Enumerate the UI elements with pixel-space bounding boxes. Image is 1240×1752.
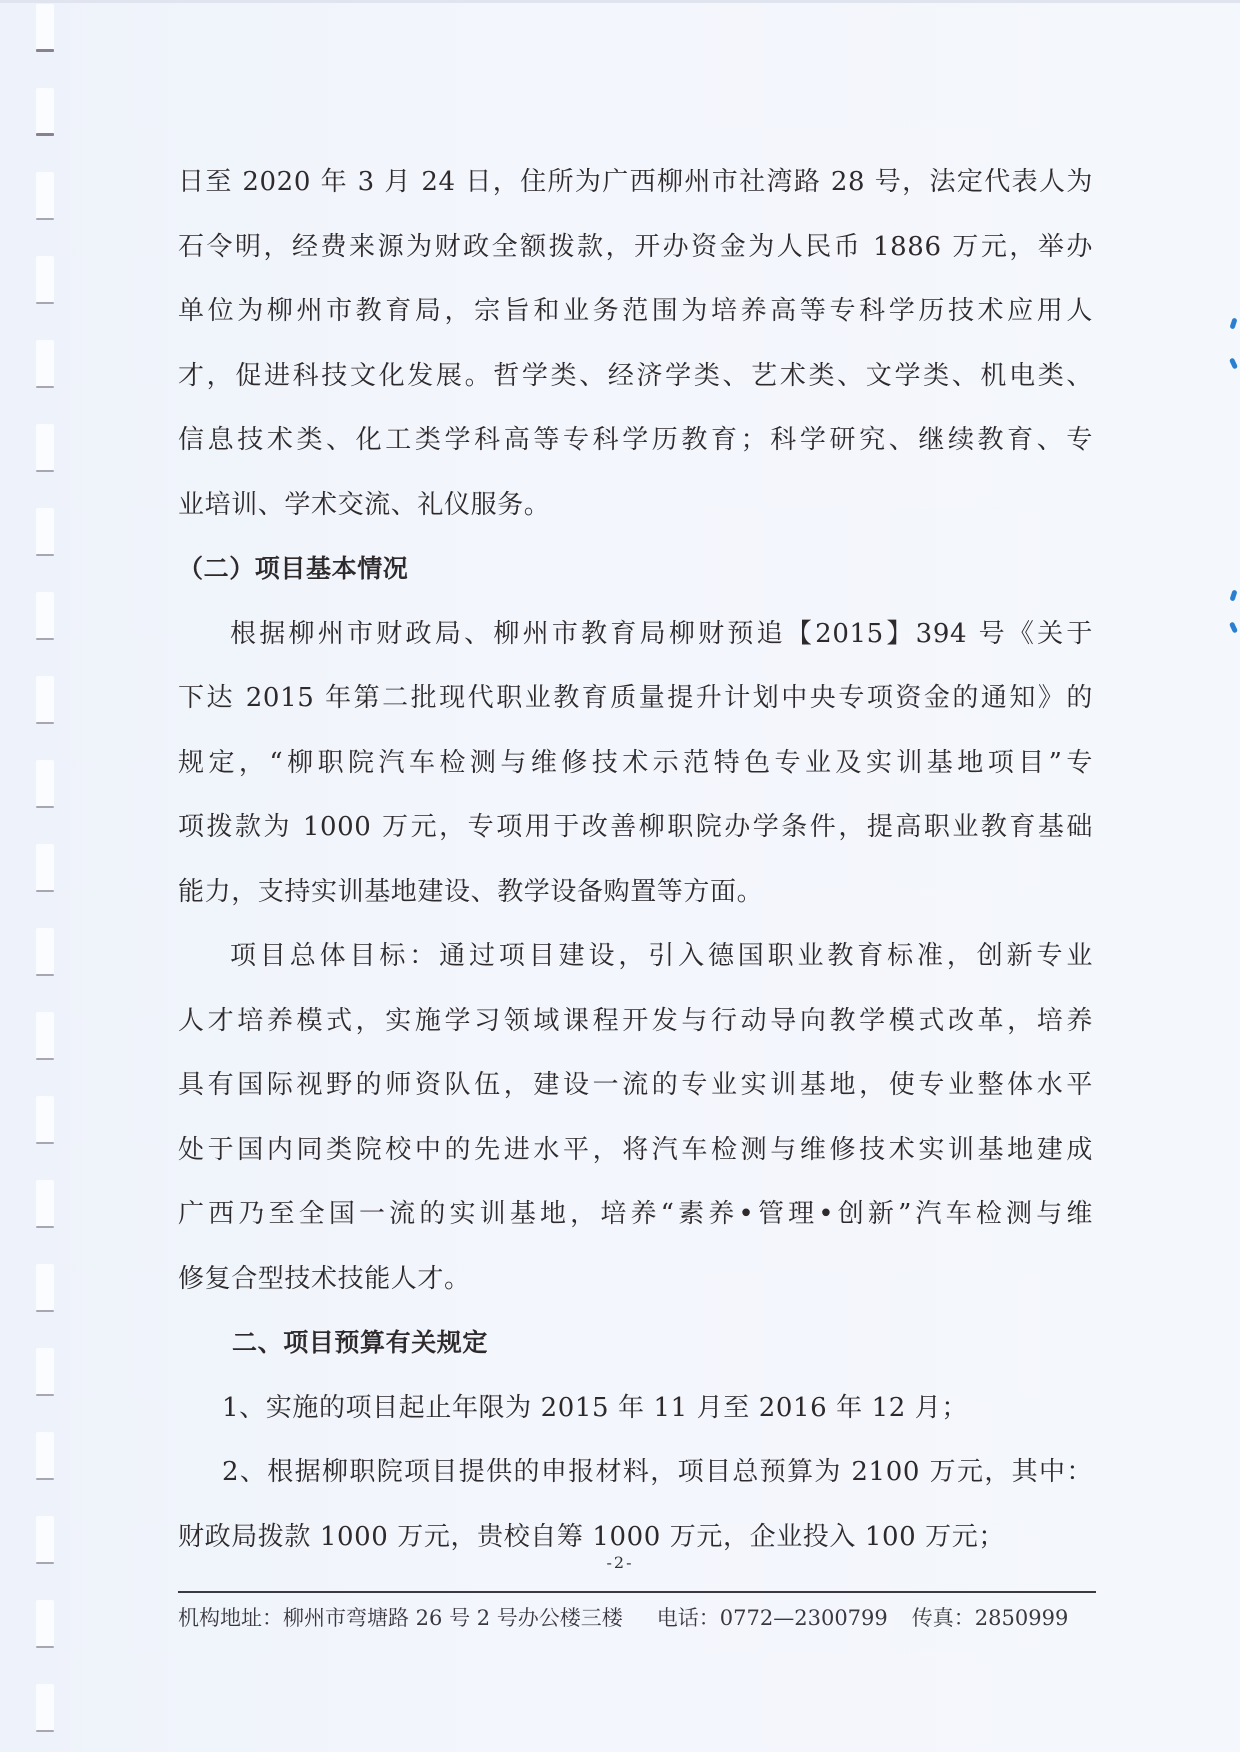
- binding-hole: [36, 4, 54, 52]
- seal-fragment-mark: [1229, 317, 1237, 329]
- binding-hole: [36, 928, 54, 976]
- binding-hole: [36, 1432, 54, 1480]
- paragraph-project-funding: 根据柳州市财政局、柳州市教育局柳财预追【2015】394 号《关于 下达 201…: [178, 602, 1093, 925]
- section-heading-budget-rules: 二、项目预算有关规定: [178, 1311, 1093, 1376]
- binding-hole: [36, 256, 54, 304]
- section-heading-project-basics: （二）项目基本情况: [178, 537, 1093, 602]
- text-line: 项目总体目标：通过项目建设，引入德国职业教育标准，创新专业: [178, 924, 1093, 989]
- text-line: 日至 2020 年 3 月 24 日，住所为广西柳州市社湾路 28 号，法定代表…: [178, 150, 1093, 215]
- binding-hole: [36, 1096, 54, 1144]
- binding-hole: [36, 1684, 54, 1732]
- footer-address: 机构地址：柳州市弯塘路 26 号 2 号办公楼三楼: [178, 1602, 623, 1634]
- binding-hole: [36, 1012, 54, 1060]
- text-line: 石令明，经费来源为财政全额拨款，开办资金为人民币 1886 万元，举办: [178, 215, 1093, 280]
- text-line: 才，促进科技文化发展。哲学类、经济学类、艺术类、文学类、机电类、: [178, 344, 1093, 409]
- binding-hole: [36, 508, 54, 556]
- list-item-total-budget: 2、根据柳职院项目提供的申报材料，项目总预算为 2100 万元，其中： 财政局拨…: [178, 1440, 1093, 1569]
- text-line: 具有国际视野的师资队伍，建设一流的专业实训基地，使专业整体水平: [178, 1053, 1093, 1118]
- binding-holes: [36, 0, 58, 1752]
- binding-hole: [36, 760, 54, 808]
- list-item-project-period: 1、实施的项目起止年限为 2015 年 11 月至 2016 年 12 月；: [178, 1376, 1093, 1441]
- binding-hole: [36, 592, 54, 640]
- seal-fragment-mark: [1229, 621, 1238, 633]
- binding-hole: [36, 1264, 54, 1312]
- text-line: 信息技术类、化工类学科高等专科学历教育；科学研究、继续教育、专: [178, 408, 1093, 473]
- text-line: 业培训、学术交流、礼仪服务。: [178, 473, 1093, 538]
- text-line: 广西乃至全国一流的实训基地，培养“素养•管理•创新”汽车检测与维: [178, 1182, 1093, 1247]
- binding-hole: [36, 1180, 54, 1228]
- text-line: 项拨款为 1000 万元，专项用于改善柳职院办学条件，提高职业教育基础: [178, 795, 1093, 860]
- footer-phone: 电话：0772—2300799: [657, 1602, 888, 1634]
- text-line: 修复合型技术技能人才。: [178, 1247, 1093, 1312]
- text-line: 人才培养模式，实施学习领域课程开发与行动导向教学模式改革，培养: [178, 989, 1093, 1054]
- binding-hole: [36, 340, 54, 388]
- footer-contact-info: 机构地址：柳州市弯塘路 26 号 2 号办公楼三楼 电话：0772—230079…: [178, 1602, 1096, 1634]
- text-line: 能力，支持实训基地建设、教学设备购置等方面。: [178, 860, 1093, 925]
- binding-hole: [36, 676, 54, 724]
- paragraph-project-goals: 项目总体目标：通过项目建设，引入德国职业教育标准，创新专业 人才培养模式，实施学…: [178, 924, 1093, 1311]
- binding-hole: [36, 844, 54, 892]
- paragraph-organization-info: 日至 2020 年 3 月 24 日，住所为广西柳州市社湾路 28 号，法定代表…: [178, 150, 1093, 537]
- binding-hole: [36, 172, 54, 220]
- text-line: 处于国内同类院校中的先进水平，将汽车检测与维修技术实训基地建成: [178, 1118, 1093, 1183]
- binding-hole: [36, 424, 54, 472]
- text-line: 下达 2015 年第二批现代职业教育质量提升计划中央专项资金的通知》的: [178, 666, 1093, 731]
- text-line: 规定，“柳职院汽车检测与维修技术示范特色专业及实训基地项目”专: [178, 731, 1093, 796]
- binding-hole: [36, 1348, 54, 1396]
- page-top-edge: [0, 0, 1240, 3]
- seal-fragment-mark: [1229, 357, 1238, 369]
- footer-fax: 传真：2850999: [912, 1602, 1069, 1634]
- seal-fragment-mark: [1229, 589, 1237, 601]
- document-body: 日至 2020 年 3 月 24 日，住所为广西柳州市社湾路 28 号，法定代表…: [178, 150, 1093, 1569]
- text-line: 单位为柳州市教育局，宗旨和业务范围为培养高等专科学历技术应用人: [178, 279, 1093, 344]
- text-line: 根据柳州市财政局、柳州市教育局柳财预追【2015】394 号《关于: [178, 602, 1093, 667]
- binding-hole: [36, 88, 54, 136]
- text-line: 2、根据柳职院项目提供的申报材料，项目总预算为 2100 万元，其中：: [178, 1440, 1093, 1505]
- scanned-page: 日至 2020 年 3 月 24 日，住所为广西柳州市社湾路 28 号，法定代表…: [0, 0, 1240, 1752]
- binding-hole: [36, 1600, 54, 1648]
- page-number: -2-: [0, 1553, 1240, 1572]
- footer-divider: [178, 1591, 1096, 1593]
